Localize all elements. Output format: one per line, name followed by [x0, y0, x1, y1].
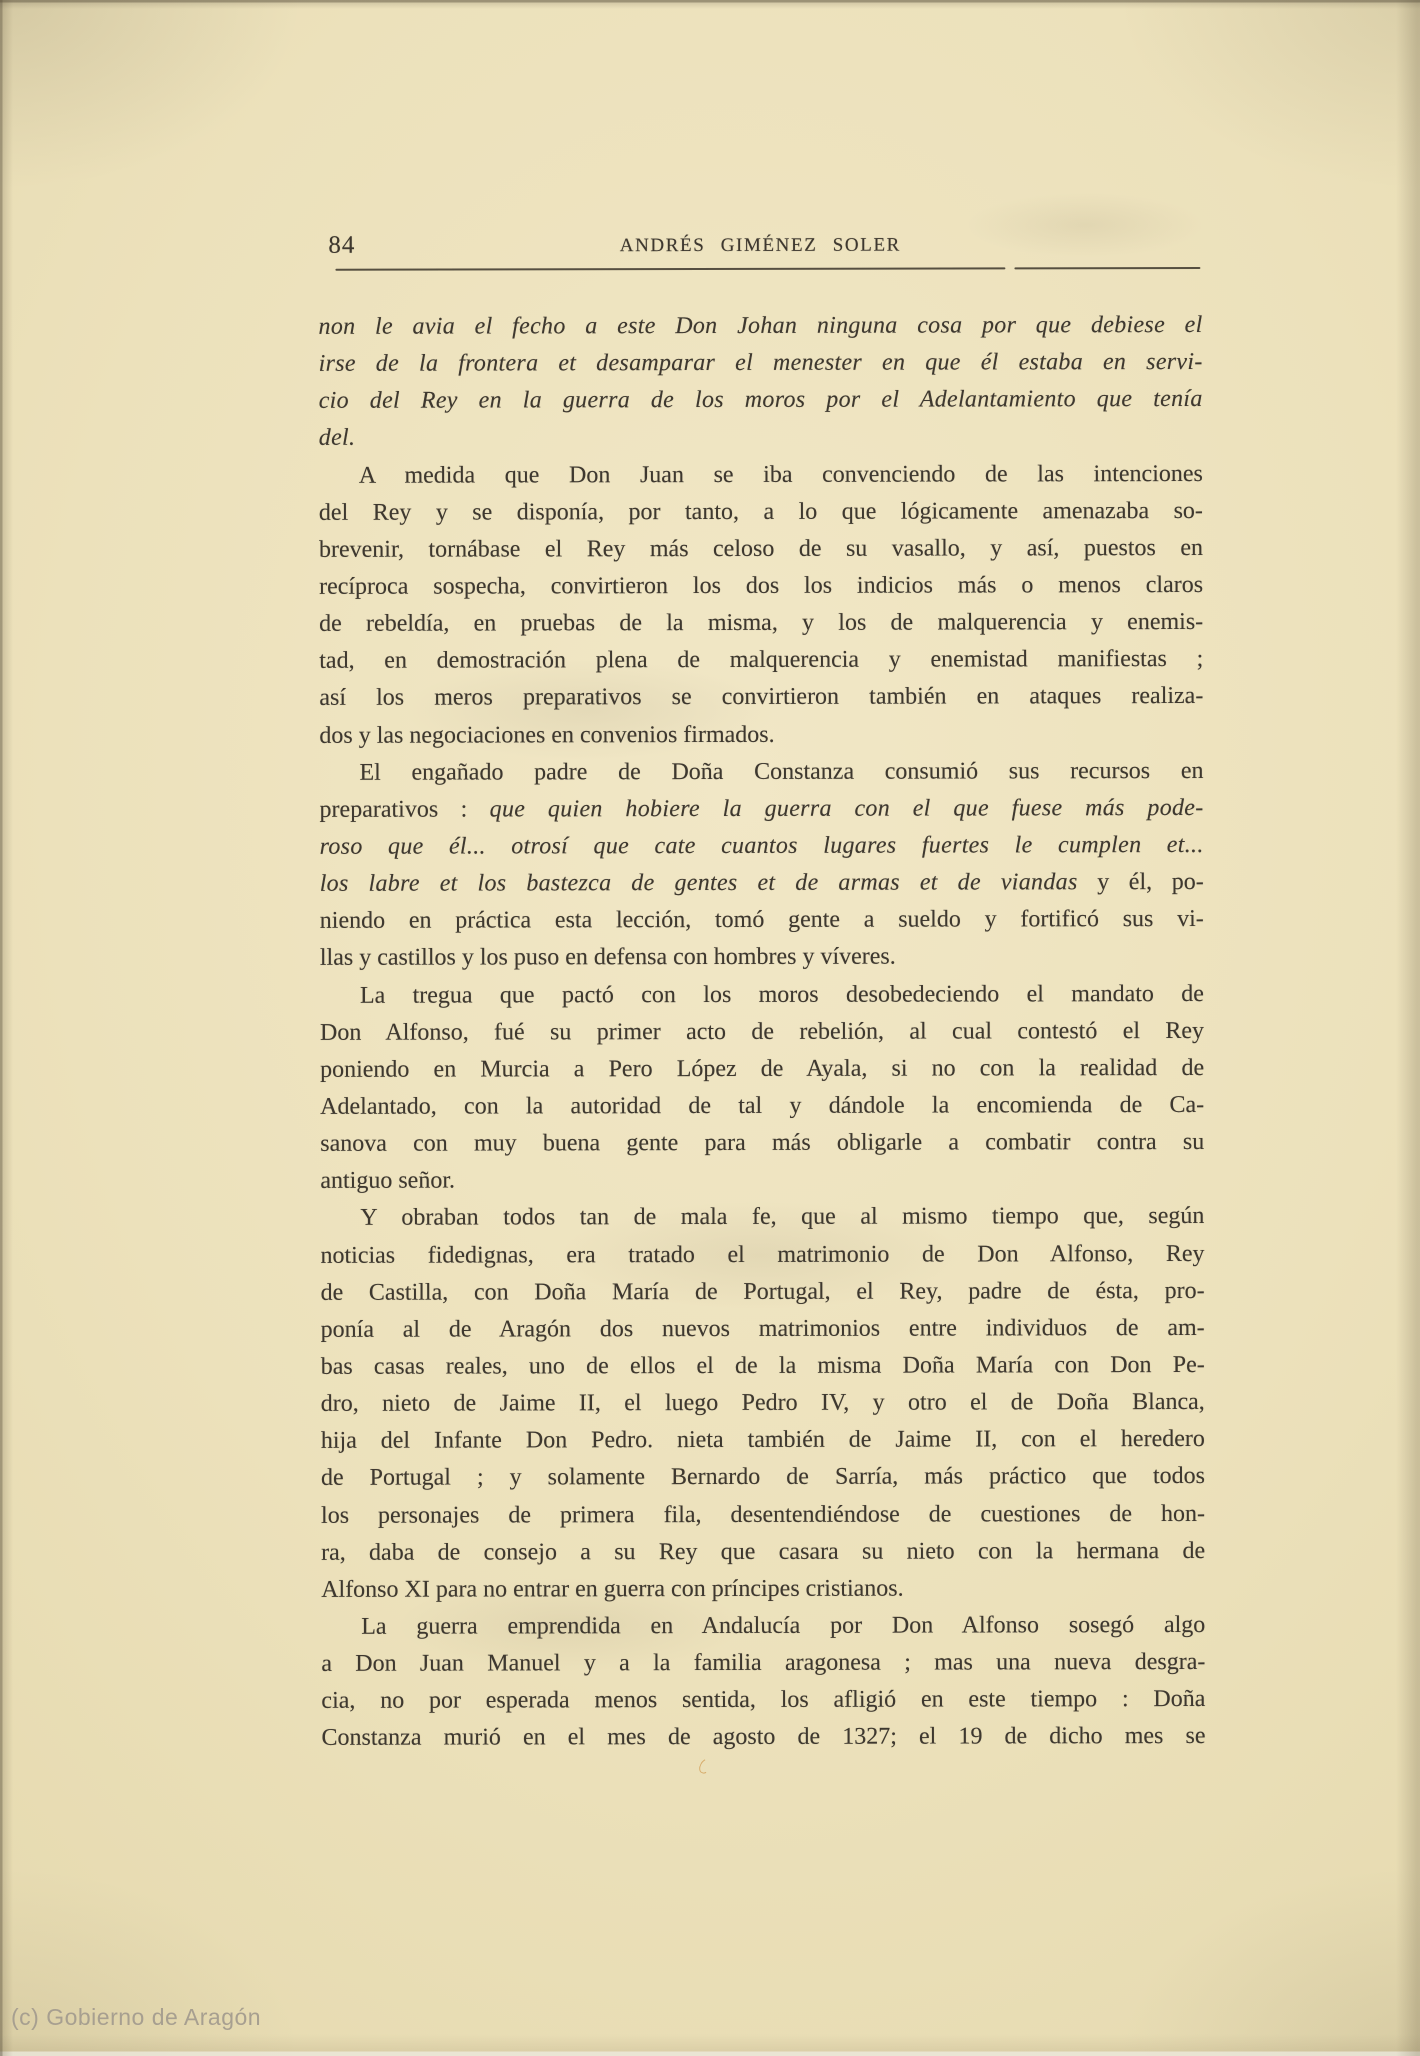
page-content: 84 ANDRÉS GIMÉNEZ SOLER non le avia el f…: [0, 0, 1420, 2056]
text-line: noticias fidedignas, era tratado el matr…: [320, 1235, 1204, 1274]
text-segment: recíproca sospecha, convirtieron los dos…: [319, 572, 1203, 600]
text-line: los labre et los bastezca de gentes et d…: [320, 864, 1204, 903]
text-line: cio del Rey en la guerra de los moros po…: [319, 381, 1203, 420]
text-segment: de Portugal ; y solamente Bernardo de Sa…: [321, 1463, 1205, 1491]
text-segment: Don Alfonso, fué su primer acto de rebel…: [320, 1018, 1204, 1046]
text-line: irse de la frontera et desamparar el men…: [319, 344, 1203, 383]
text-line: antiguo señor.: [320, 1161, 1204, 1200]
text-line: hija del Infante Don Pedro. nieta tambié…: [321, 1421, 1205, 1460]
text-segment: los personajes de primera fila, desenten…: [321, 1500, 1205, 1528]
text-segment: Adelantado, con la autoridad de tal y dá…: [320, 1092, 1204, 1120]
text-segment: niendo en práctica esta lección, tomó ge…: [320, 906, 1204, 934]
text-segment: La guerra emprendida en Andalucía por Do…: [361, 1612, 1205, 1640]
text-line: A medida que Don Juan se iba convenciend…: [319, 456, 1203, 495]
text-line: a Don Juan Manuel y a la familia aragone…: [321, 1644, 1205, 1683]
text-line: Adelantado, con la autoridad de tal y dá…: [320, 1087, 1204, 1126]
text-segment: antiguo señor.: [320, 1168, 455, 1194]
italic-text-segment: non le avia el fecho a este Don Johan ni…: [319, 312, 1203, 340]
watermark: (c) Gobierno de Aragón: [11, 2004, 261, 2031]
text-block: non le avia el fecho a este Don Johan ni…: [318, 307, 1205, 1757]
text-segment: Constanza murió en el mes de agosto de 1…: [321, 1723, 1205, 1751]
text-line: ponía al de Aragón dos nuevos matrimonio…: [321, 1310, 1205, 1349]
text-segment: A medida que Don Juan se iba convenciend…: [359, 461, 1203, 489]
text-segment: sanova con muy buena gente para más obli…: [320, 1129, 1204, 1157]
text-segment: y él, po-: [1078, 869, 1204, 895]
text-line: dos y las negociaciones en convenios fir…: [319, 716, 1203, 755]
text-line: preparativos : que quien hobiere la guer…: [320, 790, 1204, 829]
header-rule-segment: [335, 267, 1005, 271]
text-line: El engañado padre de Doña Constanza cons…: [319, 753, 1203, 792]
text-line: bas casas reales, uno de ellos el de la …: [321, 1347, 1205, 1386]
italic-text-segment: irse de la frontera et desamparar el men…: [319, 349, 1203, 377]
page-scan: 84 ANDRÉS GIMÉNEZ SOLER non le avia el f…: [0, 0, 1420, 2056]
text-segment: hija del Infante Don Pedro. nieta tambié…: [321, 1426, 1205, 1454]
italic-text-segment: del.: [319, 425, 356, 451]
text-line: así los meros preparativos se convirtier…: [319, 678, 1203, 717]
text-segment: poniendo en Murcia a Pero López de Ayala…: [320, 1055, 1204, 1083]
text-segment: de Castilla, con Doña María de Portugal,…: [321, 1278, 1205, 1306]
text-segment: ponía al de Aragón dos nuevos matrimonio…: [321, 1315, 1205, 1343]
text-line: niendo en práctica esta lección, tomó ge…: [320, 901, 1204, 940]
text-segment: dro, nieto de Jaime II, el luego Pedro I…: [321, 1389, 1205, 1417]
text-segment: preparativos :: [320, 796, 490, 822]
text-line: poniendo en Murcia a Pero López de Ayala…: [320, 1050, 1204, 1089]
text-line: dro, nieto de Jaime II, el luego Pedro I…: [321, 1384, 1205, 1423]
italic-text-segment: los labre et los bastezca de gentes et d…: [320, 869, 1078, 897]
text-line: Don Alfonso, fué su primer acto de rebel…: [320, 1013, 1204, 1052]
header-rule: [0, 267, 1418, 273]
text-line: La tregua que pactó con los moros desobe…: [320, 975, 1204, 1014]
text-line: ra, daba de consejo a su Rey que casara …: [321, 1533, 1205, 1572]
text-line: La guerra emprendida en Andalucía por Do…: [321, 1607, 1205, 1646]
text-segment: a Don Juan Manuel y a la familia aragone…: [321, 1649, 1205, 1677]
text-line: tad, en demostración plena de malquerenc…: [319, 641, 1203, 680]
text-segment: Alfonso XI para no entrar en guerra con …: [321, 1575, 904, 1602]
text-line: sanova con muy buena gente para más obli…: [320, 1124, 1204, 1163]
text-segment: ra, daba de consejo a su Rey que casara …: [321, 1538, 1205, 1566]
italic-text-segment: que quien hobiere la guerra con el que f…: [490, 795, 1204, 822]
running-header: ANDRÉS GIMÉNEZ SOLER: [318, 234, 1202, 258]
text-line: brevenir, tornábase el Rey más celoso de…: [319, 530, 1203, 569]
text-line: roso que él... otrosí que cate cuantos l…: [320, 827, 1204, 866]
text-segment: del Rey y se disponía, por tanto, a lo q…: [319, 498, 1203, 526]
text-line: de Castilla, con Doña María de Portugal,…: [321, 1273, 1205, 1312]
text-line: non le avia el fecho a este Don Johan ni…: [318, 307, 1202, 346]
text-line: del.: [319, 418, 1203, 457]
text-segment: noticias fidedignas, era tratado el matr…: [320, 1240, 1204, 1268]
text-line: Alfonso XI para no entrar en guerra con …: [321, 1570, 1205, 1609]
italic-text-segment: roso que él... otrosí que cate cuantos l…: [320, 832, 1204, 860]
text-segment: Y obraban todos tan de mala fe, que al m…: [360, 1203, 1204, 1231]
text-segment: dos y las negociaciones en convenios fir…: [319, 721, 774, 748]
text-line: los personajes de primera fila, desenten…: [321, 1495, 1205, 1534]
text-line: del Rey y se disponía, por tanto, a lo q…: [319, 493, 1203, 532]
text-line: cia, no por esperada menos sentida, los …: [321, 1681, 1205, 1720]
text-segment: llas y castillos y los puso en defensa c…: [320, 944, 896, 971]
text-line: Constanza murió en el mes de agosto de 1…: [321, 1718, 1205, 1757]
text-segment: La tregua que pactó con los moros desobe…: [360, 980, 1204, 1008]
italic-text-segment: cio del Rey en la guerra de los moros po…: [319, 386, 1203, 414]
text-segment: brevenir, tornábase el Rey más celoso de…: [319, 535, 1203, 563]
text-line: Y obraban todos tan de mala fe, que al m…: [320, 1198, 1204, 1237]
text-line: de Portugal ; y solamente Bernardo de Sa…: [321, 1458, 1205, 1497]
text-segment: tad, en demostración plena de malquerenc…: [319, 646, 1203, 674]
text-segment: cia, no por esperada menos sentida, los …: [321, 1686, 1205, 1714]
text-line: de rebeldía, en pruebas de la misma, y l…: [319, 604, 1203, 643]
text-segment: El engañado padre de Doña Constanza cons…: [359, 758, 1203, 786]
text-segment: de rebeldía, en pruebas de la misma, y l…: [319, 609, 1203, 637]
text-line: llas y castillos y los puso en defensa c…: [320, 938, 1204, 977]
header-rule-segment: [1014, 266, 1200, 269]
text-line: recíproca sospecha, convirtieron los dos…: [319, 567, 1203, 606]
text-segment: bas casas reales, uno de ellos el de la …: [321, 1352, 1205, 1380]
text-segment: así los meros preparativos se convirtier…: [319, 683, 1203, 711]
